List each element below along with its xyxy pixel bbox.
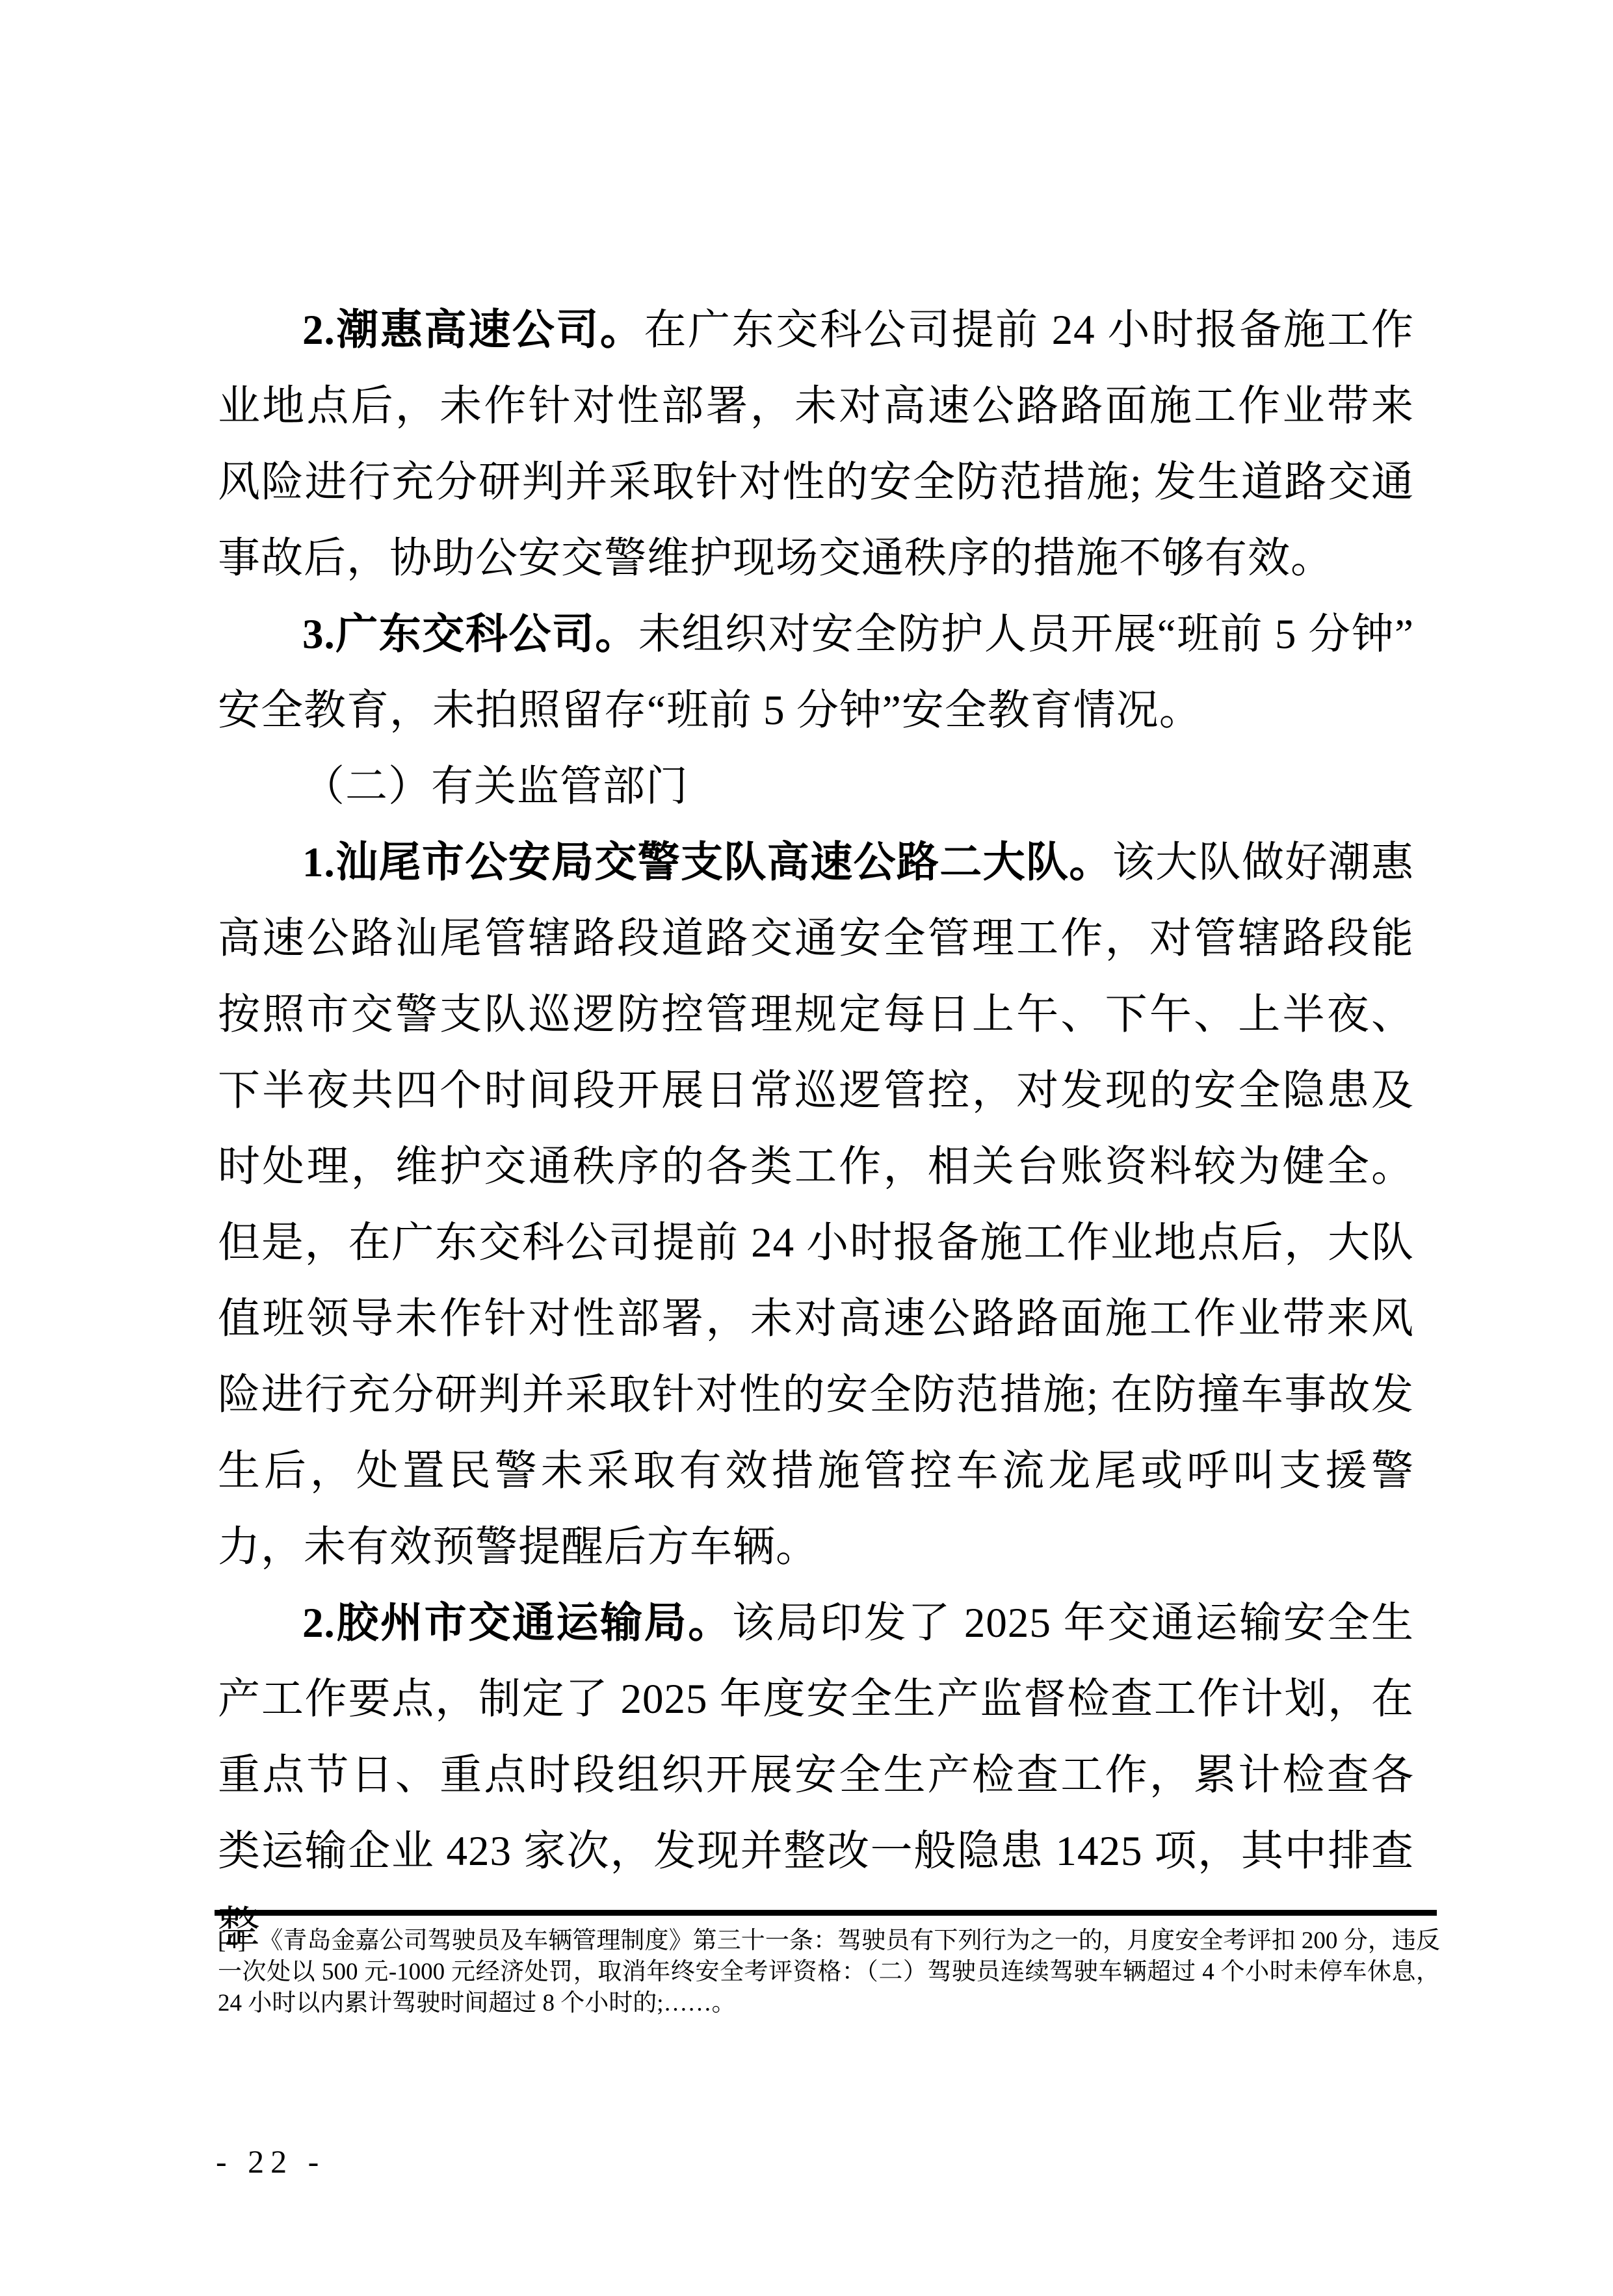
- footnote-separator: [215, 1910, 1437, 1916]
- section-heading-regulators: （二）有关监管部门: [218, 749, 1414, 825]
- paragraph-text: 该局印发了 2025 年交通运输安全生产工作要点，制定了 2025 年度安全生产…: [218, 1600, 1414, 1951]
- footnote-text: 《青岛金嘉公司驾驶员及车辆管理制度》第三十一条：驾驶员有下列行为之一的，月度安全…: [218, 1927, 1440, 2016]
- paragraph-lead: 3.广东交科公司。: [302, 611, 638, 658]
- document-body: 2.潮惠高速公司。在广东交科公司提前 24 小时报备施工作业地点后，未作针对性部…: [218, 293, 1414, 1966]
- paragraph-jiaozhou-transport-bureau: 2.胶州市交通运输局。该局印发了 2025 年交通运输安全生产工作要点，制定了 …: [218, 1585, 1414, 1966]
- document-page: 2.潮惠高速公司。在广东交科公司提前 24 小时报备施工作业地点后，未作针对性部…: [0, 0, 1613, 2296]
- paragraph-lead: 1.汕尾市公安局交警支队高速公路二大队。: [302, 839, 1112, 886]
- page-number: - 22 -: [216, 2143, 325, 2180]
- footnote: [4]《青岛金嘉公司驾驶员及车辆管理制度》第三十一条：驾驶员有下列行为之一的，月…: [218, 1925, 1440, 2019]
- paragraph-text: 该大队做好潮惠高速公路汕尾管辖路段道路交通安全管理工作，对管辖路段能按照市交警支…: [218, 839, 1414, 1571]
- paragraph-lead: 2.潮惠高速公司。: [302, 307, 644, 354]
- paragraph-chaohui-expressway: 2.潮惠高速公司。在广东交科公司提前 24 小时报备施工作业地点后，未作针对性部…: [218, 293, 1414, 597]
- paragraph-shanwei-traffic-police: 1.汕尾市公安局交警支队高速公路二大队。该大队做好潮惠高速公路汕尾管辖路段道路交…: [218, 825, 1414, 1585]
- footnote-marker: [4]: [218, 1927, 246, 1954]
- paragraph-lead: 2.胶州市交通运输局。: [302, 1600, 732, 1647]
- paragraph-guangdong-jiaoke: 3.广东交科公司。未组织对安全防护人员开展“班前 5 分钟”安全教育，未拍照留存…: [218, 597, 1414, 749]
- section-heading-text: （二）有关监管部门: [302, 763, 688, 810]
